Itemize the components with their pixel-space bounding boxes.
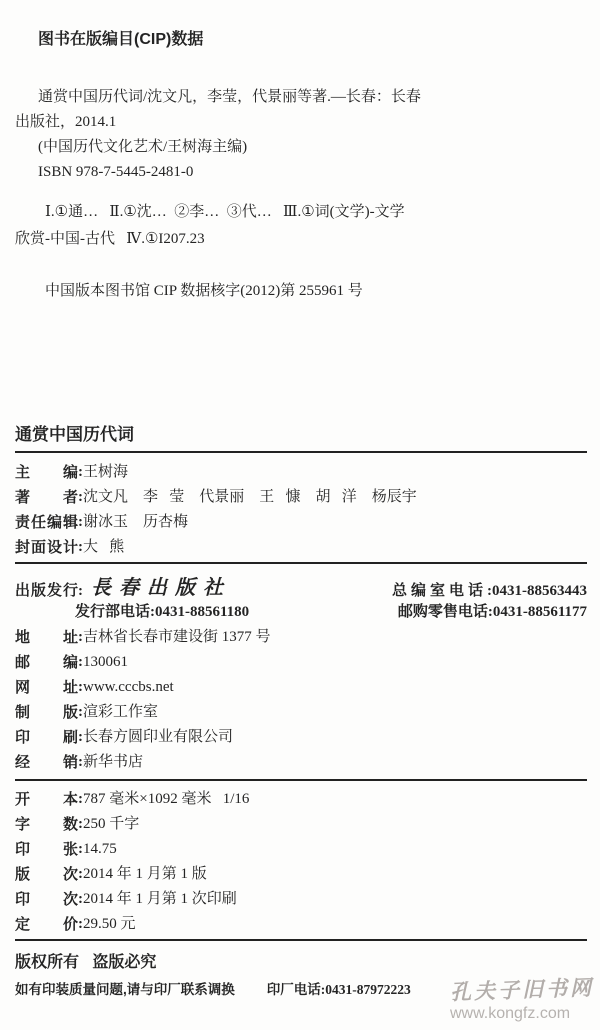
distribution-phone-row: 发行部电话:0431-88561180 邮购零售电话:0431-88561177 xyxy=(15,600,587,625)
cip-heading: 图书在版编目(CIP)数据 xyxy=(38,26,585,49)
mail-order-phone: 邮购零售电话:0431-88561177 xyxy=(398,600,587,621)
row-label: 开本 xyxy=(15,787,78,812)
printer-phone-label: 印厂电话 xyxy=(267,982,321,997)
word-count-row: 字数:250 千字 xyxy=(15,812,587,837)
row-label: 封面设计 xyxy=(15,535,78,560)
editorial-phone: 总编室电话:0431-88563443 xyxy=(392,579,587,600)
row-value: 沈文凡 李 莹 代景丽 王 慷 胡 洋 杨辰宇 xyxy=(83,489,417,505)
distribution-phone-number: 0431-88561180 xyxy=(155,604,249,620)
row-label: 著者 xyxy=(15,485,78,510)
kongfz-url: www.kongfz.com xyxy=(450,1005,594,1023)
print-specs-section: 开本:787 毫米×1092 毫米 1/16 字数:250 千字 印张:14.7… xyxy=(15,787,587,937)
staff-row-chief-editor: 主编:王树海 xyxy=(15,460,587,485)
distribution-phone-label: 发行部电话 xyxy=(75,603,150,620)
row-value: 长春方圆印业有限公司 xyxy=(83,729,233,745)
impression-row: 印次:2014 年 1 月第 1 次印刷 xyxy=(15,887,587,912)
publisher-name: 長春出版社 xyxy=(91,576,231,600)
quality-note-row: 如有印装质量问题,请与印厂联系调换 印厂电话:0431-87972223 xyxy=(15,978,587,998)
row-value: 渲彩工作室 xyxy=(83,704,158,720)
row-label: 定价 xyxy=(15,912,78,937)
row-label: 版次 xyxy=(15,862,78,887)
classification-line1: Ⅰ.①通… Ⅱ.①沈… ②李… ③代… Ⅲ.①词(文学)-文学 xyxy=(15,199,585,226)
row-value: 2014 年 1 月第 1 版 xyxy=(83,866,207,882)
row-value: www.cccbs.net xyxy=(83,679,174,695)
mail-order-phone-label: 邮购零售电话 xyxy=(398,603,488,620)
row-value: 新华书店 xyxy=(83,754,143,770)
row-value: 130061 xyxy=(83,654,128,670)
sheets-row: 印张:14.75 xyxy=(15,837,587,862)
cip-description-line1: 通赏中国历代词/沈文凡，李莹，代景丽等著.—长春：长春 xyxy=(38,89,421,105)
plate-making-row: 制版:渲彩工作室 xyxy=(15,700,587,725)
row-label: 经销 xyxy=(15,750,78,775)
publisher-row: 出版发行: 長春出版社 总编室电话:0431-88563443 xyxy=(15,570,587,600)
printer-phone: 印厂电话:0431-87972223 xyxy=(267,978,411,998)
printing-row: 印刷:长春方圆印业有限公司 xyxy=(15,725,587,750)
staff-row-responsible-editor: 责任编辑:谢冰玉 历杏梅 xyxy=(15,510,587,535)
row-value: 787 毫米×1092 毫米 1/16 xyxy=(83,791,249,807)
row-value: 王树海 xyxy=(83,464,128,480)
distribution-row: 经销:新华书店 xyxy=(15,750,587,775)
website-row: 网址:www.cccbs.net xyxy=(15,675,587,700)
section-divider xyxy=(15,562,587,564)
address-row: 地址:吉林省长春市建设街 1377 号 xyxy=(15,625,587,650)
quality-note: 如有印装质量问题,请与印厂联系调换 xyxy=(15,978,235,998)
section-divider xyxy=(15,779,587,781)
staff-row-cover-design: 封面设计:大 熊 xyxy=(15,535,587,560)
mail-order-phone-number: 0431-88561177 xyxy=(493,604,587,620)
colophon-block: 通赏中国历代词 主编:王树海 著者:沈文凡 李 莹 代景丽 王 慷 胡 洋 杨辰… xyxy=(15,424,587,998)
postcode-row: 邮编:130061 xyxy=(15,650,587,675)
price-row: 定价:29.50 元 xyxy=(15,912,587,937)
cip-classification: Ⅰ.①通… Ⅱ.①沈… ②李… ③代… Ⅲ.①词(文学)-文学 欣赏-中国-古代… xyxy=(15,199,585,253)
publisher-info-section: 地址:吉林省长春市建设街 1377 号 邮编:130061 网址:www.ccc… xyxy=(15,625,587,775)
book-title: 通赏中国历代词 xyxy=(15,424,587,446)
cip-description-line2: 出版社，2014.1 xyxy=(15,114,116,130)
section-divider xyxy=(15,939,587,941)
edition-row: 版次:2014 年 1 月第 1 版 xyxy=(15,862,587,887)
colon: : xyxy=(78,583,83,600)
row-label: 邮编 xyxy=(15,650,78,675)
editorial-phone-number: 0431-88563443 xyxy=(492,583,587,599)
editorial-phone-label: 总编室电话 xyxy=(392,582,487,599)
printer-phone-number: 0431-87972223 xyxy=(325,982,411,997)
row-label: 制版 xyxy=(15,700,78,725)
row-label: 出版发行 xyxy=(15,579,78,600)
row-label: 印次 xyxy=(15,887,78,912)
row-label: 印张 xyxy=(15,837,78,862)
row-value: 吉林省长春市建设街 1377 号 xyxy=(83,629,271,645)
row-label: 责任编辑 xyxy=(15,510,78,535)
staff-section: 主编:王树海 著者:沈文凡 李 莹 代景丽 王 慷 胡 洋 杨辰宇 责任编辑:谢… xyxy=(15,460,587,560)
copyright-notice: 版权所有 盗版必究 xyxy=(15,949,587,972)
row-label: 地址 xyxy=(15,625,78,650)
row-label: 主编 xyxy=(15,460,78,485)
row-value: 大 熊 xyxy=(83,539,124,555)
series-note: (中国历代文化艺术/王树海主编) xyxy=(38,135,585,160)
row-value: 250 千字 xyxy=(83,816,139,832)
row-value: 29.50 元 xyxy=(83,916,136,932)
row-label: 印刷 xyxy=(15,725,78,750)
row-value: 2014 年 1 月第 1 次印刷 xyxy=(83,891,237,907)
classification-line2: 欣赏-中国-古代 Ⅳ.①I207.23 xyxy=(15,226,585,253)
cip-description: 通赏中国历代词/沈文凡，李莹，代景丽等著.—长春：长春 出版社，2014.1 xyxy=(15,85,585,135)
cip-data-block: 图书在版编目(CIP)数据 通赏中国历代词/沈文凡，李莹，代景丽等著.—长春：长… xyxy=(15,26,585,300)
distribution-phone: 发行部电话:0431-88561180 xyxy=(75,600,249,621)
staff-row-authors: 著者:沈文凡 李 莹 代景丽 王 慷 胡 洋 杨辰宇 xyxy=(15,485,587,510)
row-label: 字数 xyxy=(15,812,78,837)
isbn-line: ISBN 978-7-5445-2481-0 xyxy=(38,160,585,185)
row-value: 谢冰玉 历杏梅 xyxy=(83,514,188,530)
row-value: 14.75 xyxy=(83,841,117,857)
title-divider xyxy=(15,451,587,453)
row-label: 网址 xyxy=(15,675,78,700)
colophon-page: 图书在版编目(CIP)数据 通赏中国历代词/沈文凡，李莹，代景丽等著.—长春：长… xyxy=(0,0,600,1030)
format-row: 开本:787 毫米×1092 毫米 1/16 xyxy=(15,787,587,812)
publisher-left: 出版发行: 長春出版社 xyxy=(15,576,231,600)
cip-record-number: 中国版本图书馆 CIP 数据核字(2012)第 255961 号 xyxy=(45,279,585,300)
